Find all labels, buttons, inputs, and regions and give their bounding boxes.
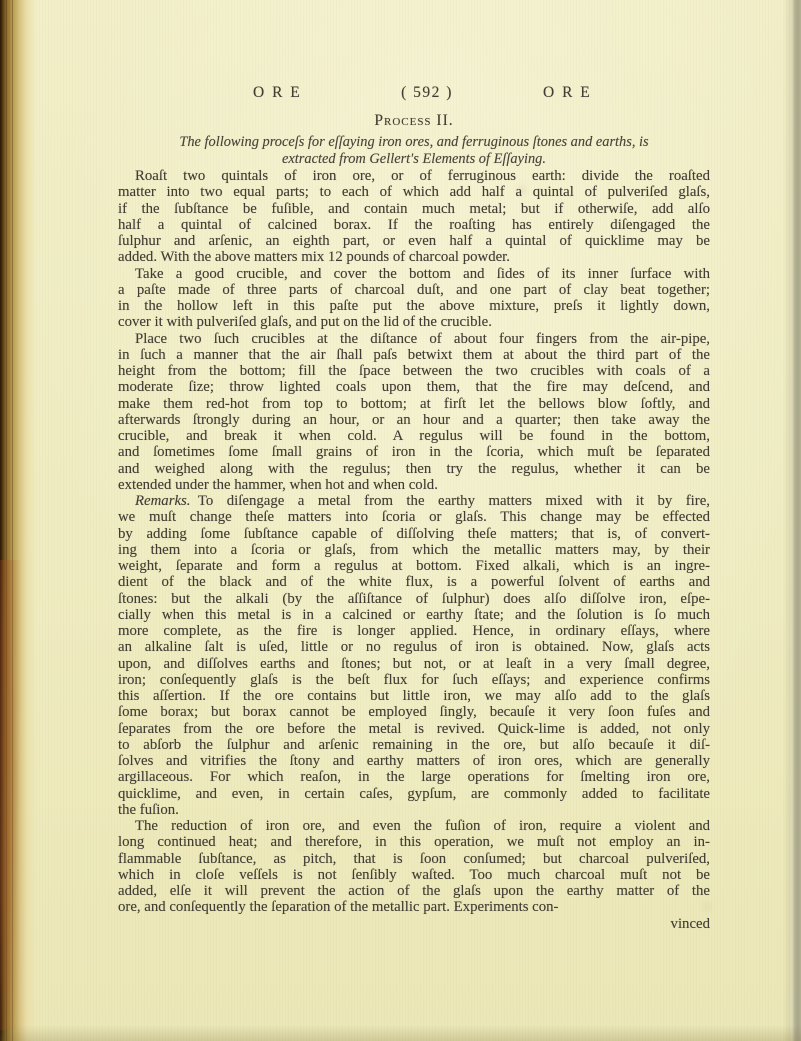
text-line: we muſt change theſe matters into ſcoria…	[118, 509, 710, 525]
text-line: which in cloſe veſſels is not ſenſibly w…	[118, 867, 710, 883]
body-text: Roaſt two quintals of iron ore, or of fe…	[118, 168, 710, 932]
text-line: in the hollow left in this paſte put the…	[118, 298, 710, 314]
text-line: ſolves and vitrifies the ſtony and earth…	[118, 753, 710, 769]
text-line: the fuſion.	[118, 802, 710, 818]
page-right-edge	[783, 0, 801, 1041]
page-number: ( 592 )	[401, 84, 453, 102]
text-line: ſeparates from the ore before the metal …	[118, 721, 710, 737]
text-line: quicklime, and even, in certain caſes, g…	[118, 786, 710, 802]
text-line: if the ſubſtance be fuſible, and contain…	[118, 201, 710, 217]
text-line: ing them into a ſcoria or glaſs, from wh…	[118, 542, 710, 558]
section-heading: Process II.	[118, 112, 710, 130]
foxing-spots	[0, 0, 4, 4]
running-header: O R E ( 592 ) O R E	[118, 84, 710, 102]
text-line: Take a good crucible, and cover the bott…	[118, 266, 710, 282]
page-bottom-shadow	[0, 1025, 801, 1041]
binding-warm-patch	[0, 560, 22, 1030]
catchword: vinced	[118, 916, 710, 932]
text-line: ſtones: but the alkali (by the aſſiſtanc…	[118, 591, 710, 607]
text-line: extended under the hammer, when hot and …	[118, 477, 710, 493]
text-line: flammable ſubſtance, as pitch, that is ſ…	[118, 851, 710, 867]
text-line: half a quintal of calcined borax. If the…	[118, 217, 710, 233]
text-line: and weighed along with the regulus; then…	[118, 461, 710, 477]
text-line: a paſte made of three parts of charcoal …	[118, 282, 710, 298]
text-line: argillaceous. For which reaſon, in the l…	[118, 769, 710, 785]
text-line: afterwards ſtrongly during an hour, or a…	[118, 412, 710, 428]
text-line: upon, and diſſolves earths and ſtones; b…	[118, 656, 710, 672]
text-line: matter into two equal parts; to each of …	[118, 184, 710, 200]
text-line: cover it with pulveriſed glaſs, and put …	[118, 314, 710, 330]
book-page: O R E ( 592 ) O R E Process II. The foll…	[0, 0, 801, 1041]
text-line: moderate ſize; throw lighted coals upon …	[118, 379, 710, 395]
text-line: iron; conſequently glaſs is the beſt flu…	[118, 672, 710, 688]
text-line: Roaſt two quintals of iron ore, or of fe…	[118, 168, 710, 184]
running-header-left: O R E	[253, 84, 302, 102]
text-line: cially when this metal is in a calcined …	[118, 607, 710, 623]
text-line: this aſſertion. If the ore contains but …	[118, 688, 710, 704]
text-line: Place two ſuch crucibles at the diſtance…	[118, 331, 710, 347]
text-line: by adding ſome ſubſtance capable of diſſ…	[118, 526, 710, 542]
text-line: height from the bottom; fill the ſpace b…	[118, 363, 710, 379]
text-line: Remarks. To diſengage a metal from the e…	[118, 493, 710, 509]
text-line: long continued heat; and therefore, in t…	[118, 834, 710, 850]
running-header-right: O R E	[543, 84, 592, 102]
text-line: in ſuch a manner that the air ſhall paſs…	[118, 347, 710, 363]
intro-line-1: The following proceſs for eſſaying iron …	[118, 134, 710, 151]
text-line: and ſometimes ſome ſmall grains of iron …	[118, 444, 710, 460]
text-line: dient of the black and of the white flux…	[118, 574, 710, 590]
text-line: ore, and conſequently the ſeparation of …	[118, 899, 710, 915]
text-line: added. With the above matters mix 12 pou…	[118, 249, 710, 265]
intro-line-2: extracted from Gellert's Elements of Eſſ…	[118, 151, 710, 168]
text-line: more complete, as the fire is longer app…	[118, 623, 710, 639]
text-line: ſulphur and arſenic, an eighth part, or …	[118, 233, 710, 249]
text-line: added, elſe it will prevent the action o…	[118, 883, 710, 899]
text-line: The reduction of iron ore, and even the …	[118, 818, 710, 834]
intro-italic: The following proceſs for eſſaying iron …	[118, 134, 710, 168]
text-line: crucible, and break it when cold. A regu…	[118, 428, 710, 444]
text-line: make them red-hot from top to bottom; at…	[118, 396, 710, 412]
remarks-label: Remarks.	[135, 493, 190, 509]
text-line: ſome borax; but borax cannot be employed…	[118, 704, 710, 720]
text-line: to abſorb the ſulphur and arſenic remain…	[118, 737, 710, 753]
text-line: weight, ſeparate and form a regulus at b…	[118, 558, 710, 574]
text-line: an alkaline ſalt is uſed, little or no r…	[118, 639, 710, 655]
